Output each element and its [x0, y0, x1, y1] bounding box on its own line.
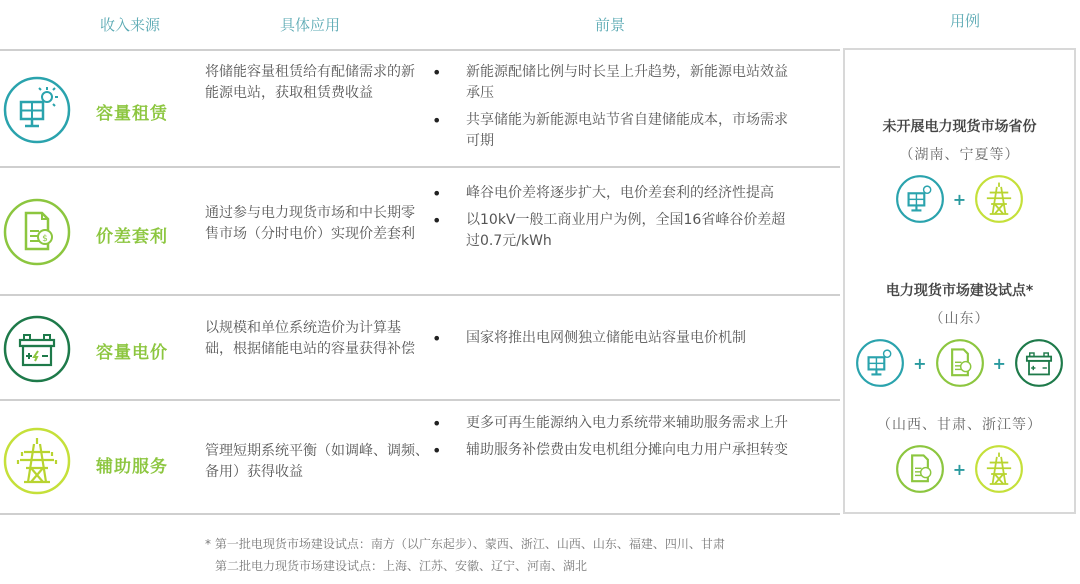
case-subtitle: （湖南、宁夏等）: [845, 144, 1074, 164]
row-label: 价差套利: [96, 222, 168, 247]
transmission-tower-icon: [974, 174, 1024, 224]
transmission-tower-icon: [2, 426, 72, 496]
row-label: 辅助服务: [96, 452, 168, 477]
case-icons: + +: [845, 338, 1074, 388]
case-title: 未开展电力现货市场省份: [845, 116, 1074, 136]
plus-sign: +: [913, 354, 926, 373]
divider: [0, 513, 840, 515]
transmission-tower-icon: [974, 444, 1024, 494]
case-title: 电力现货市场建设试点*: [845, 280, 1074, 300]
outlook-item: 国家将推出电网侧独立储能电站容量电价机制: [430, 328, 790, 349]
battery-icon: [2, 314, 72, 384]
outlook-item: 以10kV一般工商业用户为例，全国16省峰谷价差超过0.7元/kWh: [430, 210, 790, 252]
row-capacity-leasing: 容量租赁 将储能容量租赁给有配储需求的新能源电站，获取租赁费收益 新能源配储比例…: [0, 51, 840, 166]
invoice-coin-icon: $: [2, 197, 72, 267]
case-icons: +: [845, 174, 1074, 224]
row-description: 通过参与电力现货市场和中长期零售市场（分时电价）实现价差套利: [205, 203, 415, 245]
footnote-second-batch: 第二批电力现货市场建设试点：上海、江苏、安徽、辽宁、河南、湖北: [215, 555, 587, 577]
outlook-item: 辅助服务补偿费由发电机组分摊向电力用户承担转变: [430, 440, 790, 461]
header-outlook: 前景: [560, 14, 660, 35]
outlook-item: 更多可再生能源纳入电力系统带来辅助服务需求上升: [430, 413, 790, 434]
svg-text:$: $: [42, 234, 48, 244]
row-label: 容量电价: [96, 338, 168, 363]
footnote-first-batch: * 第一批电现货市场建设试点：南方（以广东起步）、蒙西、浙江、山西、山东、福建、…: [205, 533, 725, 555]
row-description: 将储能容量租赁给有配储需求的新能源电站，获取租赁费收益: [205, 62, 415, 104]
invoice-coin-icon: [935, 338, 985, 388]
plus-sign: +: [953, 190, 966, 209]
solar-panel-icon: [2, 75, 72, 145]
row-description: 管理短期系统平衡（如调峰、调频、备用）获得收益: [205, 441, 430, 483]
case-subtitle: （山东）: [845, 308, 1074, 328]
battery-icon: [1014, 338, 1064, 388]
plus-sign: +: [993, 354, 1006, 373]
header-source: 收入来源: [70, 14, 190, 35]
examples-panel: 未开展电力现货市场省份 （湖南、宁夏等） + 电力现货市场建设试点* （山东） …: [843, 48, 1076, 514]
case-icons: +: [845, 444, 1074, 494]
row-label: 容量租赁: [96, 99, 168, 124]
case-subtitle: （山西、甘肃、浙江等）: [845, 414, 1074, 434]
plus-sign: +: [953, 460, 966, 479]
outlook-item: 新能源配储比例与时长呈上升趋势，新能源电站效益承压: [430, 62, 790, 104]
row-price-arbitrage: $ 价差套利 通过参与电力现货市场和中长期零售市场（分时电价）实现价差套利 峰谷…: [0, 168, 840, 294]
header-examples: 用例: [915, 10, 1015, 31]
header-application: 具体应用: [250, 14, 370, 35]
solar-panel-icon: [895, 174, 945, 224]
row-ancillary-services: 辅助服务 管理短期系统平衡（如调峰、调频、备用）获得收益 更多可再生能源纳入电力…: [0, 401, 840, 513]
row-capacity-price: 容量电价 以规模和单位系统造价为计算基础，根据储能电站的容量获得补偿 国家将推出…: [0, 296, 840, 399]
solar-panel-icon: [855, 338, 905, 388]
invoice-coin-icon: [895, 444, 945, 494]
outlook-item: 共享储能为新能源电站节省自建储能成本，市场需求可期: [430, 110, 790, 152]
outlook-item: 峰谷电价差将逐步扩大，电价差套利的经济性提高: [430, 183, 790, 204]
row-description: 以规模和单位系统造价为计算基础，根据储能电站的容量获得补偿: [205, 318, 415, 360]
